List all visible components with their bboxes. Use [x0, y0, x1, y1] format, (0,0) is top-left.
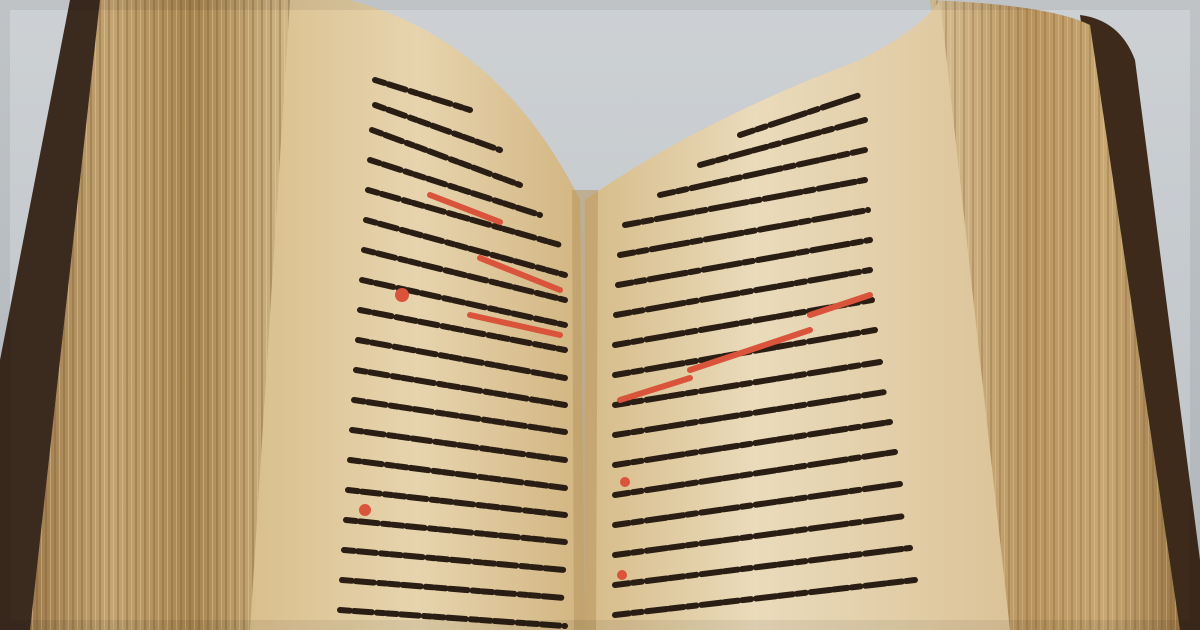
rubric-dot — [359, 504, 371, 516]
rubric-dot — [617, 570, 627, 580]
manuscript-illustration — [0, 0, 1200, 630]
manuscript-photo — [0, 0, 1200, 630]
rubric-dot — [395, 288, 409, 302]
gutter — [572, 190, 598, 630]
rubric-dot — [620, 477, 630, 487]
